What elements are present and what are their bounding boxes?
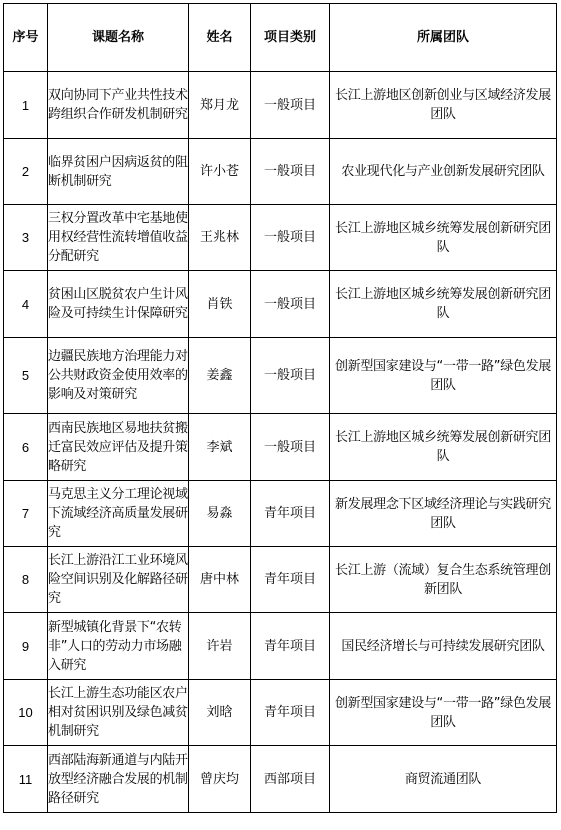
table-row: 8 长江上游沿江工业环境风险空间识别及化解路径研究 唐中林 青年项目 长江上游（… [4, 547, 557, 613]
cell-name: 许岩 [189, 613, 251, 680]
cell-title: 长江上游沿江工业环境风险空间识别及化解路径研究 [48, 547, 189, 613]
cell-title: 西南民族地区易地扶贫搬迁富民效应评估及提升策略研究 [48, 414, 189, 481]
header-title: 课题名称 [48, 4, 189, 72]
table-row: 2 临界贫困户因病返贫的阻断机制研究 许小苍 一般项目 农业现代化与产业创新发展… [4, 139, 557, 205]
cell-team: 新发展理念下区域经济理论与实践研究团队 [330, 481, 557, 547]
cell-name: 王兆林 [189, 205, 251, 271]
cell-team: 国民经济增长与可持续发展研究团队 [330, 613, 557, 680]
header-no: 序号 [4, 4, 48, 72]
table-row: 10 长江上游生态功能区农户相对贫困识别及绿色减贫机制研究 刘晗 青年项目 创新… [4, 680, 557, 746]
cell-title: 三权分置改革中宅基地使用权经营性流转增值收益分配研究 [48, 205, 189, 271]
cell-title: 边疆民族地方治理能力对公共财政资金使用效率的影响及对策研究 [48, 338, 189, 414]
cell-name: 姜鑫 [189, 338, 251, 414]
table-header-row: 序号 课题名称 姓名 项目类别 所属团队 [4, 4, 557, 72]
cell-name: 许小苍 [189, 139, 251, 205]
cell-no: 5 [4, 338, 48, 414]
cell-name: 曾庆均 [189, 746, 251, 813]
header-type: 项目类别 [251, 4, 330, 72]
cell-type: 青年项目 [251, 613, 330, 680]
cell-no: 9 [4, 613, 48, 680]
cell-name: 唐中林 [189, 547, 251, 613]
cell-no: 6 [4, 414, 48, 481]
cell-type: 一般项目 [251, 72, 330, 139]
cell-team: 创新型国家建设与“一带一路”绿色发展团队 [330, 338, 557, 414]
header-name: 姓名 [189, 4, 251, 72]
cell-no: 7 [4, 481, 48, 547]
cell-type: 青年项目 [251, 680, 330, 746]
cell-type: 青年项目 [251, 547, 330, 613]
cell-no: 8 [4, 547, 48, 613]
table-row: 7 马克思主义分工理论视域下流域经济高质量发展研究 易淼 青年项目 新发展理念下… [4, 481, 557, 547]
cell-no: 2 [4, 139, 48, 205]
cell-team: 长江上游地区创新创业与区域经济发展团队 [330, 72, 557, 139]
table-row: 3 三权分置改革中宅基地使用权经营性流转增值收益分配研究 王兆林 一般项目 长江… [4, 205, 557, 271]
cell-title: 临界贫困户因病返贫的阻断机制研究 [48, 139, 189, 205]
cell-no: 4 [4, 271, 48, 338]
cell-team: 长江上游地区城乡统筹发展创新研究团队 [330, 205, 557, 271]
cell-name: 肖铁 [189, 271, 251, 338]
cell-name: 刘晗 [189, 680, 251, 746]
cell-no: 1 [4, 72, 48, 139]
cell-type: 一般项目 [251, 338, 330, 414]
table-row: 9 新型城镇化背景下“农转非”人口的劳动力市场融入研究 许岩 青年项目 国民经济… [4, 613, 557, 680]
cell-title: 贫困山区脱贫农户生计风险及可持续生计保障研究 [48, 271, 189, 338]
cell-title: 长江上游生态功能区农户相对贫困识别及绿色减贫机制研究 [48, 680, 189, 746]
table-row: 4 贫困山区脱贫农户生计风险及可持续生计保障研究 肖铁 一般项目 长江上游地区城… [4, 271, 557, 338]
header-team: 所属团队 [330, 4, 557, 72]
cell-title: 西部陆海新通道与内陆开放型经济融合发展的机制路径研究 [48, 746, 189, 813]
cell-title: 马克思主义分工理论视域下流域经济高质量发展研究 [48, 481, 189, 547]
cell-type: 一般项目 [251, 205, 330, 271]
table-row: 5 边疆民族地方治理能力对公共财政资金使用效率的影响及对策研究 姜鑫 一般项目 … [4, 338, 557, 414]
cell-no: 3 [4, 205, 48, 271]
cell-type: 一般项目 [251, 139, 330, 205]
cell-type: 一般项目 [251, 414, 330, 481]
cell-no: 10 [4, 680, 48, 746]
table-body: 1 双向协同下产业共性技术跨组织合作研发机制研究 郑月龙 一般项目 长江上游地区… [4, 72, 557, 813]
projects-table: 序号 课题名称 姓名 项目类别 所属团队 1 双向协同下产业共性技术跨组织合作研… [3, 3, 557, 813]
cell-team: 长江上游地区城乡统筹发展创新研究团队 [330, 271, 557, 338]
cell-title: 新型城镇化背景下“农转非”人口的劳动力市场融入研究 [48, 613, 189, 680]
cell-team: 农业现代化与产业创新发展研究团队 [330, 139, 557, 205]
cell-type: 一般项目 [251, 271, 330, 338]
table-row: 11 西部陆海新通道与内陆开放型经济融合发展的机制路径研究 曾庆均 西部项目 商… [4, 746, 557, 813]
cell-title: 双向协同下产业共性技术跨组织合作研发机制研究 [48, 72, 189, 139]
cell-name: 易淼 [189, 481, 251, 547]
cell-team: 长江上游（流域）复合生态系统管理创新团队 [330, 547, 557, 613]
cell-type: 西部项目 [251, 746, 330, 813]
table-row: 6 西南民族地区易地扶贫搬迁富民效应评估及提升策略研究 李斌 一般项目 长江上游… [4, 414, 557, 481]
cell-name: 郑月龙 [189, 72, 251, 139]
cell-name: 李斌 [189, 414, 251, 481]
cell-team: 创新型国家建设与“一带一路”绿色发展团队 [330, 680, 557, 746]
table-row: 1 双向协同下产业共性技术跨组织合作研发机制研究 郑月龙 一般项目 长江上游地区… [4, 72, 557, 139]
cell-team: 商贸流通团队 [330, 746, 557, 813]
cell-type: 青年项目 [251, 481, 330, 547]
cell-no: 11 [4, 746, 48, 813]
cell-team: 长江上游地区城乡统筹发展创新研究团队 [330, 414, 557, 481]
